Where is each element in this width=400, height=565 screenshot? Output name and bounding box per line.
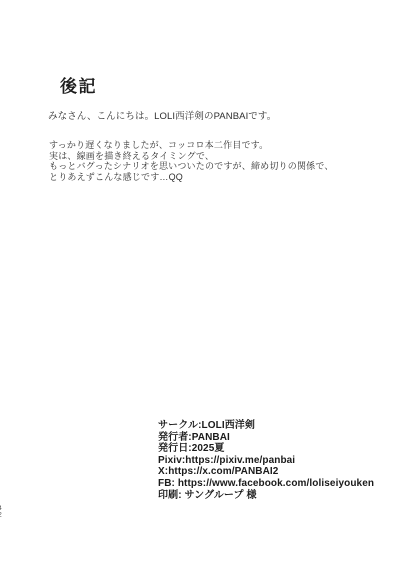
colophon-x-line: X:https://x.com/PANBAI2 — [158, 466, 374, 478]
colophon: サークル:LOLI西洋剣 発行者:PANBAI 発行日:2025夏 Pixiv:… — [158, 420, 374, 501]
page-number: 42 — [0, 506, 3, 519]
body-line: もっとバグったシナリオを思いついたのですが、締め切りの関係で、 — [49, 161, 334, 172]
colophon-facebook-line: FB: https://www.facebook.com/loliseiyouk… — [158, 478, 374, 490]
colophon-circle-line: サークル:LOLI西洋剣 — [158, 420, 374, 432]
colophon-publisher-line: 発行者:PANBAI — [158, 432, 374, 444]
body-line: すっかり遅くなりましたが、コッコロ本二作目です。 — [49, 140, 334, 151]
colophon-pixiv-line: Pixiv:https://pixiv.me/panbai — [158, 455, 374, 467]
afterword-page: 後記 みなさん、こんにちは。LOLI西洋剣のPANBAIです。 すっかり遅くなり… — [0, 0, 400, 565]
body-line: とりあえずこんな感じです…QQ — [49, 172, 334, 183]
colophon-printer-line: 印刷: サングループ 様 — [158, 490, 374, 502]
colophon-date-line: 発行日:2025夏 — [158, 443, 374, 455]
body-line: 実は、線画を描き終えるタイミングで、 — [49, 151, 334, 162]
afterword-paragraph: すっかり遅くなりましたが、コッコロ本二作目です。 実は、線画を描き終えるタイミン… — [49, 140, 334, 182]
greeting-line: みなさん、こんにちは。LOLI西洋剣のPANBAIです。 — [48, 108, 276, 122]
afterword-heading: 後記 — [60, 72, 97, 97]
